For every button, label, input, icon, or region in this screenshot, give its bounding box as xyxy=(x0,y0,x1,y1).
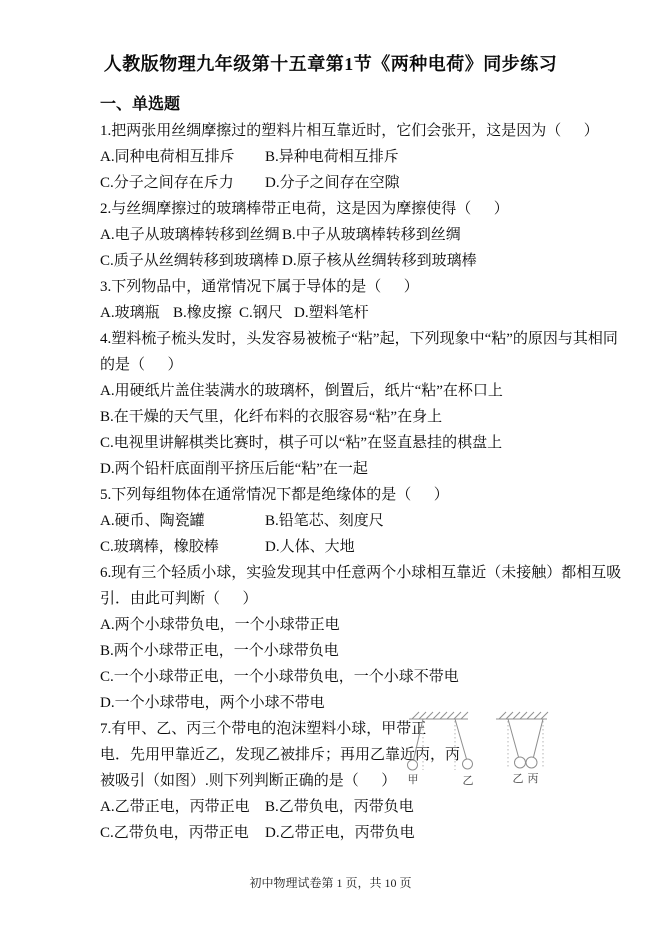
question-3-option-b: B.橡皮擦 xyxy=(173,300,239,326)
question-3-option-c: C.钢尺 xyxy=(239,300,294,326)
figure-labels: 甲 乙 乙 丙 xyxy=(408,772,539,787)
section-heading: 一、单选题 xyxy=(100,92,586,118)
ball-label: 甲 xyxy=(408,773,419,786)
question-3-stem: 3.下列物品中，通常情况下属于导体的是（ ） xyxy=(100,274,586,300)
question-6-option-a: A.两个小球带负电，一个小球带正电 xyxy=(100,612,586,638)
question-3-options-row: A.玻璃瓶 B.橡皮擦 C.钢尺 D.塑料笔杆 xyxy=(100,300,586,326)
question-1-option-c: C.分子之间存在斥力 xyxy=(100,170,265,196)
question-7-option-b: B.乙带负电，丙带负电 xyxy=(265,794,586,820)
question-2-options-row-2: C.质子从丝绸转移到玻璃棒 D.原子核从丝绸转移到玻璃棒 xyxy=(100,248,586,274)
question-1-option-b: B.异种电荷相互排斥 xyxy=(265,144,586,170)
string-line xyxy=(414,719,424,760)
pendulum-diagrams: 甲 乙 乙 丙 xyxy=(404,702,556,790)
question-5-options-row-1: A.硬币、陶瓷罐 B.铅笔芯、刻度尺 xyxy=(100,508,586,534)
question-6-stem-line-2: 引．由此可判断（ ） xyxy=(100,586,586,612)
question-6-option-b: B.两个小球带正电，一个小球带负电 xyxy=(100,638,586,664)
string-line xyxy=(534,719,544,757)
question-4-option-c: C.电视里讲解棋类比赛时，棋子可以“粘”在竖直悬挂的棋盘上 xyxy=(100,430,586,456)
ball-icon xyxy=(408,760,418,770)
question-4-stem-line-2: 的是（ ） xyxy=(100,352,586,378)
ceiling-hatch-icon xyxy=(412,712,468,719)
ball-icon xyxy=(515,757,526,768)
question-7-option-c: C.乙带负电，丙带正电 xyxy=(100,820,265,846)
question-1-stem: 1.把两张用丝绸摩擦过的塑料片相互靠近时，它们会张开，这是因为（ ） xyxy=(100,118,586,144)
worksheet-page: 人教版物理九年级第十五章第1节《两种电荷》同步练习 一、单选题 1.把两张用丝绸… xyxy=(0,0,661,935)
question-2-options-row-1: A.电子从玻璃棒转移到丝绸 B.中子从玻璃棒转移到丝绸 xyxy=(100,222,586,248)
question-5-option-a: A.硬币、陶瓷罐 xyxy=(100,508,265,534)
question-4-option-d: D.两个铅杆底面削平挤压后能“粘”在一起 xyxy=(100,456,586,482)
question-1-options-row-1: A.同种电荷相互排斥 B.异种电荷相互排斥 xyxy=(100,144,586,170)
ball-icon xyxy=(463,759,473,769)
question-7-options-row-2: C.乙带负电，丙带正电 D.乙带正电，丙带负电 xyxy=(100,820,586,846)
question-2-stem: 2.与丝绸摩擦过的玻璃棒带正电荷，这是因为摩擦使得（ ） xyxy=(100,196,586,222)
question-5-option-d: D.人体、大地 xyxy=(265,534,586,560)
ball-label: 乙 xyxy=(513,772,524,785)
question-2-option-c: C.质子从丝绸转移到玻璃棒 xyxy=(100,248,282,274)
ball-icon xyxy=(526,757,537,768)
ball-label: 乙 xyxy=(463,774,474,787)
ceiling-hatch-icon xyxy=(499,712,548,719)
question-2-option-a: A.电子从玻璃棒转移到丝绸 xyxy=(100,222,282,248)
question-5-stem: 5.下列每组物体在通常情况下都是绝缘体的是（ ） xyxy=(100,482,586,508)
question-2-option-b: B.中子从玻璃棒转移到丝绸 xyxy=(282,222,586,248)
page-footer: 初中物理试卷第 1 页，共 10 页 xyxy=(0,874,661,891)
question-5-option-b: B.铅笔芯、刻度尺 xyxy=(265,508,586,534)
ball-label: 丙 xyxy=(528,772,539,785)
question-1-option-a: A.同种电荷相互排斥 xyxy=(100,144,265,170)
page-title: 人教版物理九年级第十五章第1节《两种电荷》同步练习 xyxy=(0,50,661,76)
question-7-option-d: D.乙带正电，丙带负电 xyxy=(265,820,586,846)
question-6-stem-line-1: 6.现有三个轻质小球，实验发现其中任意两个小球相互靠近（未接触）都相互吸 xyxy=(100,560,586,586)
pendulum-diagram-attract xyxy=(496,712,548,768)
question-7-figure: 甲 乙 乙 丙 xyxy=(404,702,556,790)
question-7-options-row-1: A.乙带正电，丙带正电 B.乙带负电，丙带负电 xyxy=(100,794,586,820)
question-4-option-b: B.在干燥的天气里，化纤布料的衣服容易“粘”在身上 xyxy=(100,404,586,430)
question-7-option-a: A.乙带正电，丙带正电 xyxy=(100,794,265,820)
question-4-stem-line-1: 4.塑料梳子梳头发时，头发容易被梳子“粘”起，下列现象中“粘”的原因与其相同 xyxy=(100,326,586,352)
question-3-option-d: D.塑料笔杆 xyxy=(294,300,586,326)
question-1-option-d: D.分子之间存在空隙 xyxy=(265,170,586,196)
question-5-option-c: C.玻璃棒，橡胶棒 xyxy=(100,534,265,560)
question-1-options-row-2: C.分子之间存在斥力 D.分子之间存在空隙 xyxy=(100,170,586,196)
string-line xyxy=(508,719,519,757)
question-5-options-row-2: C.玻璃棒，橡胶棒 D.人体、大地 xyxy=(100,534,586,560)
string-line xyxy=(455,719,467,759)
question-6-option-c: C.一个小球带正电，一个小球带负电，一个小球不带电 xyxy=(100,664,586,690)
question-4-option-a: A.用硬纸片盖住装满水的玻璃杯，倒置后，纸片“粘”在杯口上 xyxy=(100,378,586,404)
question-3-option-a: A.玻璃瓶 xyxy=(100,300,173,326)
pendulum-diagram-repel xyxy=(408,712,473,770)
question-2-option-d: D.原子核从丝绸转移到玻璃棒 xyxy=(282,248,586,274)
